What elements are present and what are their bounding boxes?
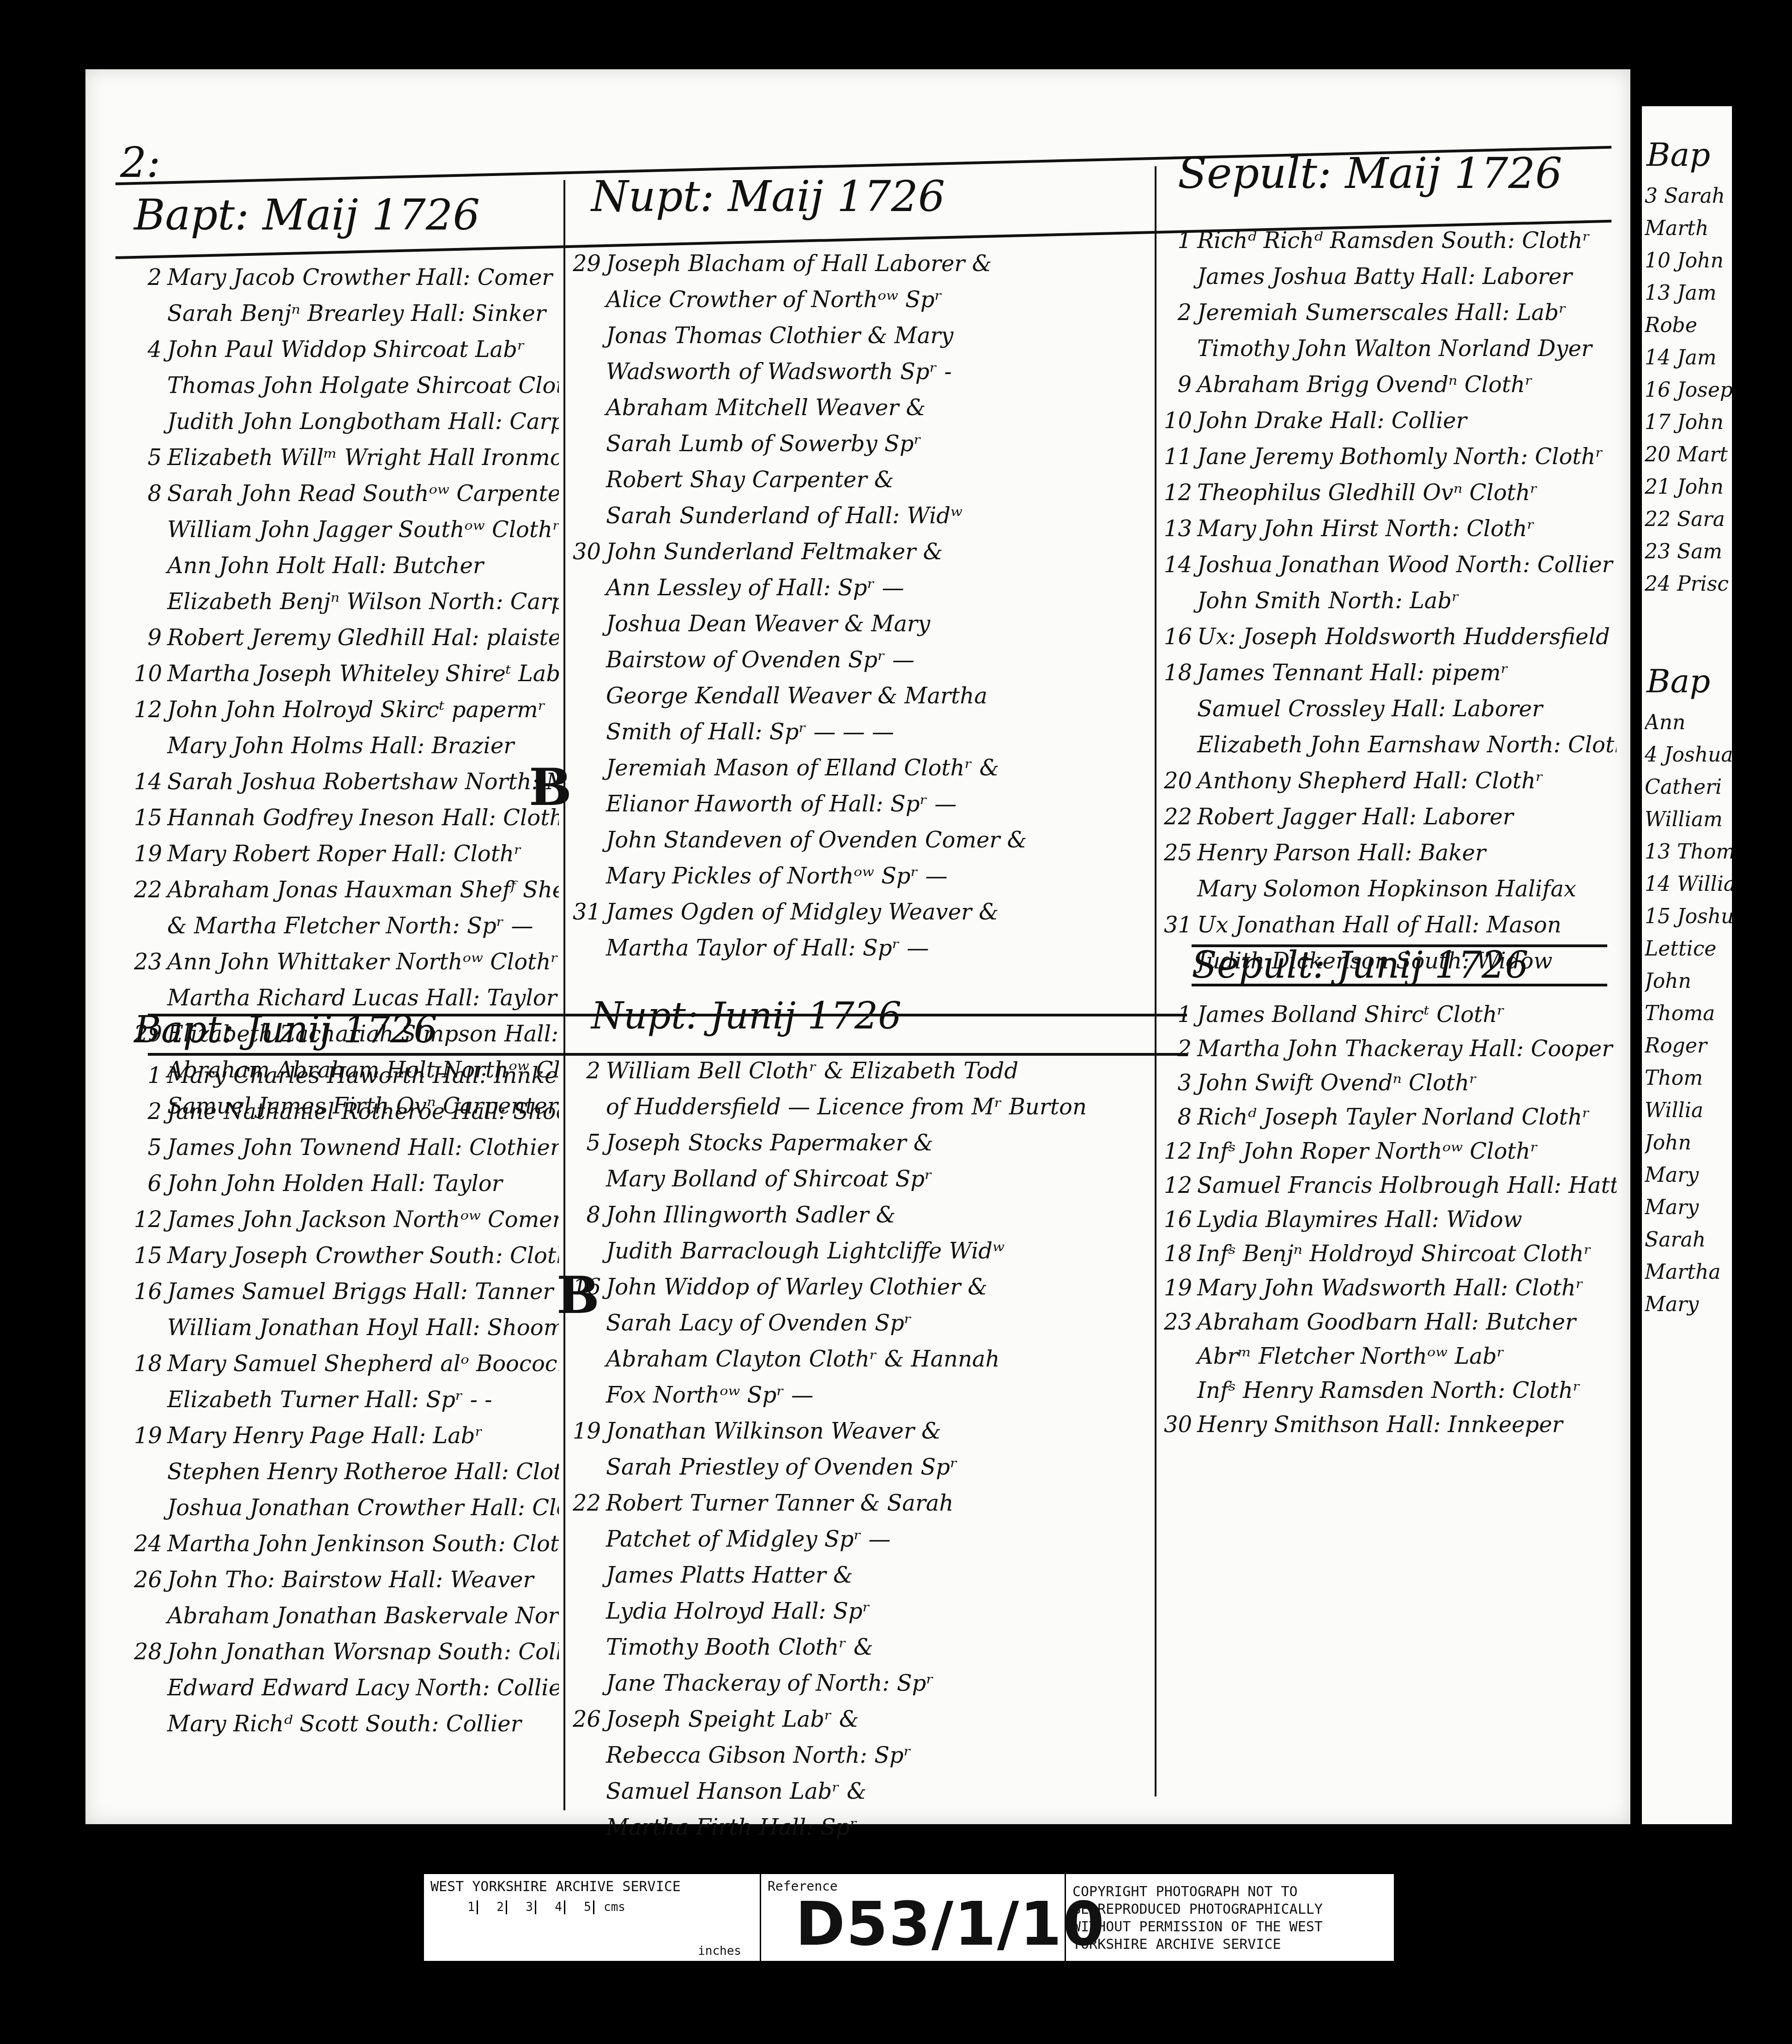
register-entry: 2Martha John Thackeray Hall: Cooper (1164, 1032, 1616, 1066)
register-entry: 16John Widdop of Warley Clothier & (573, 1269, 1145, 1305)
baptisms-may-section: Bapt: Maij 1726 2Mary Jacob Crowther Hal… (134, 194, 559, 1124)
register-entry: John Standeven of Ovenden Comer & (573, 822, 1145, 858)
register-entry: John (1645, 1127, 1732, 1159)
register-entry: 22Abraham Jonas Hauxman Shefᶠ Sheemʳ (134, 872, 559, 908)
copyright-line: BE REPRODUCED PHOTOGRAPHICALLY (1072, 1901, 1387, 1918)
copyright-line: YORKSHIRE ARCHIVE SERVICE (1072, 1936, 1387, 1953)
register-entry: Judith Barraclough Lightcliffe Widʷ (573, 1233, 1145, 1269)
register-entry: Bairstow of Ovenden Spʳ — (573, 642, 1145, 678)
register-entry: 18Infˢ Benjⁿ Holdroyd Shircoat Clothʳ (1164, 1237, 1616, 1271)
register-entry: 22Robert Turner Tanner & Sarah (573, 1485, 1145, 1521)
burials-may-section: Sepult: Maij 1726 1Richᵈ Richᵈ Ramsden S… (1164, 152, 1616, 979)
register-entry: 15Mary Joseph Crowther South: Clothʳ (134, 1238, 559, 1274)
baptisms-june-section: Bapt: Junij 1726 1Mary Charles Haworth H… (134, 1011, 559, 1742)
register-entry: Jane Thackeray of North: Spʳ (573, 1665, 1145, 1701)
adjacent-entries-bottom: Ann 4 Joshua Catheri William 13 Thom 14 … (1642, 707, 1732, 1321)
column-divider-1 (563, 180, 565, 1810)
register-entry: Mary (1645, 1288, 1732, 1321)
register-entry: 16 Josep (1645, 374, 1732, 406)
register-entry: 23Ann John Whittaker Northᵒʷ Clothʳ (134, 944, 559, 980)
register-entry: Joshua Dean Weaver & Mary (573, 606, 1145, 642)
register-entry: Elianor Haworth of Hall: Spʳ — (573, 786, 1145, 822)
register-entry: 3 Sarah (1645, 180, 1732, 212)
register-entry: Wadsworth of Wadsworth Spʳ - (573, 354, 1145, 390)
register-entry: Samuel Crossley Hall: Laborer (1164, 691, 1616, 727)
register-entry: Rebecca Gibson North: Spʳ (573, 1737, 1145, 1773)
register-entry: of Huddersfield — Licence from Mʳ Burton (573, 1089, 1145, 1125)
entry-list: 1Mary Charles Haworth Hall: Innkeeper 2J… (134, 1058, 559, 1742)
register-entry: Mary (1645, 1191, 1732, 1224)
register-entry: Abrᵐ Fletcher Northᵒʷ Labʳ (1164, 1339, 1616, 1373)
register-entry: Ann John Holt Hall: Butcher (134, 548, 559, 584)
register-entry: 19Mary John Wadsworth Hall: Clothʳ (1164, 1271, 1616, 1305)
marriages-june-section: Nupt: Junij 1726 2William Bell Clothʳ & … (573, 998, 1145, 1845)
register-entry: 16James Samuel Briggs Hall: Tanner (134, 1274, 559, 1310)
ruler-tick: 4 (536, 1900, 565, 1914)
entry-list: 2William Bell Clothʳ & Elizabeth Todd of… (573, 1053, 1145, 1845)
entry-list: 1Richᵈ Richᵈ Ramsden South: Clothʳ James… (1164, 223, 1616, 979)
register-entry: George Kendall Weaver & Martha (573, 678, 1145, 714)
register-entry: Infˢ Henry Ramsden North: Clothʳ (1164, 1373, 1616, 1408)
register-entry: William Jonathan Hoyl Hall: Shoomaker (134, 1310, 559, 1346)
register-entry: 23Abraham Goodbarn Hall: Butcher (1164, 1305, 1616, 1339)
register-entry: 26Joseph Speight Labʳ & (573, 1701, 1145, 1737)
register-entry: Robe (1645, 309, 1732, 342)
register-entry: 13Mary John Hirst North: Clothʳ (1164, 511, 1616, 547)
register-entry: Judith John Longbotham Hall: Carpenter (134, 404, 559, 440)
register-entry: 20Anthony Shepherd Hall: Clothʳ (1164, 763, 1616, 799)
register-entry: 17 John (1645, 406, 1732, 439)
register-entry: Fox Northᵒʷ Spʳ — (573, 1377, 1145, 1413)
section-title: Bapt: Junij 1726 (134, 1011, 559, 1048)
register-entry: 29Joseph Blacham of Hall Laborer & (573, 246, 1145, 282)
register-entry: Martha (1645, 1256, 1732, 1288)
register-entry: 14Joshua Jonathan Wood North: Collier (1164, 547, 1616, 583)
register-entry: & Martha Fletcher North: Spʳ — (134, 908, 559, 944)
register-entry: John Smith North: Labʳ (1164, 583, 1616, 619)
register-entry: 12John John Holroyd Skircᵗ papermʳ (134, 692, 559, 728)
copyright-line: WITHOUT PERMISSION OF THE WEST (1072, 1918, 1387, 1936)
register-entry: Catheri (1645, 771, 1732, 804)
register-entry: 8Richᵈ Joseph Tayler Norland Clothʳ (1164, 1100, 1616, 1134)
register-entry: 9Robert Jeremy Gledhill Hal: plaisterer (134, 620, 559, 656)
register-entry: Abraham Mitchell Weaver & (573, 390, 1145, 426)
ruler-tick: 2 (478, 1900, 507, 1914)
register-entry: Timothy John Walton Norland Dyer (1164, 331, 1616, 367)
register-entry: Sarah Priestley of Ovenden Spʳ (573, 1449, 1145, 1485)
register-entry: 22 Sara (1645, 503, 1732, 536)
register-entry: Thom (1645, 1062, 1732, 1095)
register-entry: 25Henry Parson Hall: Baker (1164, 835, 1616, 871)
register-entry: 6John John Holden Hall: Taylor (134, 1166, 559, 1202)
register-entry: 5Elizabeth Willᵐ Wright Hall Ironmongʳ (134, 440, 559, 476)
register-entry: Mary Solomon Hopkinson Halifax (1164, 871, 1616, 907)
register-entry: Sarah Sunderland of Hall: Widʷ (573, 498, 1145, 534)
register-entry: 18Mary Samuel Shepherd alᵒ Boococh Labʳ (134, 1346, 559, 1382)
register-entry: Joshua Jonathan Crowther Hall: Clothʳ (134, 1490, 559, 1526)
register-entry: Stephen Henry Rotheroe Hall: Clothʳ (134, 1454, 559, 1490)
register-entry: 1Mary Charles Haworth Hall: Innkeeper (134, 1058, 559, 1094)
register-entry: William (1645, 804, 1732, 836)
section-title: Sepult: Maij 1726 (1164, 152, 1616, 195)
register-entry: Jeremiah Mason of Elland Clothʳ & (573, 750, 1145, 786)
register-entry: 13 Thom (1645, 836, 1732, 868)
register-entry: Mary Pickles of Northᵒʷ Spʳ — (573, 858, 1145, 894)
copyright-cell: COPYRIGHT PHOTOGRAPH NOT TO BE REPRODUCE… (1066, 1874, 1394, 1961)
register-entry: 5Joseph Stocks Papermaker & (573, 1125, 1145, 1161)
entry-list: 1James Bolland Shircᵗ Clothʳ 2Martha Joh… (1164, 998, 1616, 1442)
register-entry: Martha Taylor of Hall: Spʳ — (573, 930, 1145, 966)
cm-ruler: 1 2 3 4 5 cms (430, 1900, 753, 1914)
page-number: 2: (120, 139, 161, 187)
register-entry: 24 Prisc (1645, 568, 1732, 600)
register-entry: John (1645, 965, 1732, 998)
section-title: Sepult: Junij 1726 (1164, 947, 1616, 984)
register-entry: Patchet of Midgley Spʳ — (573, 1521, 1145, 1557)
register-entry: Robert Shay Carpenter & (573, 462, 1145, 498)
register-entry: 28John Jonathan Worsnap South: Collier (134, 1634, 559, 1670)
register-entry: 31James Ogden of Midgley Weaver & (573, 894, 1145, 930)
reference-cell: Reference D53/1/10 (761, 1874, 1066, 1961)
register-entry: Abraham Jonathan Baskervale North: Colli… (134, 1598, 559, 1634)
reference-code: D53/1/10 (768, 1894, 1058, 1954)
register-entry: Abraham Clayton Clothʳ & Hannah (573, 1341, 1145, 1377)
register-entry: Edward Edward Lacy North: Collier (134, 1670, 559, 1706)
register-entry: 15 Joshu (1645, 901, 1732, 933)
register-entry: Elizabeth John Earnshaw North: Clothʳ (1164, 727, 1616, 763)
adjacent-title-top: Bap (1642, 106, 1732, 180)
register-entry: 14 Jam (1645, 342, 1732, 374)
register-entry: Sarah Benjⁿ Brearley Hall: Sinker (134, 296, 559, 332)
archive-label: WEST YORKSHIRE ARCHIVE SERVICE 1 2 3 4 5… (424, 1874, 1394, 1961)
section-title: Nupt: Maij 1726 (573, 175, 1145, 218)
register-entry: 26John Tho: Bairstow Hall: Weaver (134, 1562, 559, 1598)
register-entry: Sarah Lumb of Sowerby Spʳ (573, 426, 1145, 462)
adjacent-page-strip: Bap 3 Sarah Marth 10 John 13 Jam Robe 14… (1642, 106, 1732, 1824)
register-entry: Elizabeth Turner Hall: Spʳ - - (134, 1382, 559, 1418)
register-entry: 12James John Jackson Northᵒʷ Comer (134, 1202, 559, 1238)
register-entry: 10 John (1645, 245, 1732, 277)
register-entry: 10John Drake Hall: Collier (1164, 403, 1616, 439)
register-entry: Mary Richᵈ Scott South: Collier (134, 1706, 559, 1742)
register-entry: Willia (1645, 1095, 1732, 1127)
register-entry: Smith of Hall: Spʳ — — — (573, 714, 1145, 750)
burials-june-section: Sepult: Junij 1726 1James Bolland Shircᵗ… (1164, 947, 1616, 1442)
register-entry: 11Jane Jeremy Bothomly North: Clothʳ (1164, 439, 1616, 475)
ruler-tick: 5 (565, 1900, 594, 1914)
register-entry: 2William Bell Clothʳ & Elizabeth Todd (573, 1053, 1145, 1089)
register-entry: Lettice (1645, 933, 1732, 965)
register-entry: James Platts Hatter & (573, 1557, 1145, 1593)
column-divider-2 (1155, 166, 1156, 1796)
register-entry: Ann (1645, 707, 1732, 739)
register-entry: Jonas Thomas Clothier & Mary (573, 318, 1145, 354)
unit-inches: inches (698, 1944, 741, 1958)
register-entry: Timothy Booth Clothʳ & (573, 1629, 1145, 1665)
register-entry: 19Mary Robert Roper Hall: Clothʳ (134, 836, 559, 872)
register-entry: 19Mary Henry Page Hall: Labʳ (134, 1418, 559, 1454)
register-entry: Thomas John Holgate Shircoat Clothʳ (134, 368, 559, 404)
register-entry: Thoma (1645, 998, 1732, 1030)
register-entry: 19Jonathan Wilkinson Weaver & (573, 1413, 1145, 1449)
register-entry: 5James John Townend Hall: Clothier (134, 1130, 559, 1166)
register-entry: Elizabeth Benjⁿ Wilson North: Carpenter (134, 584, 559, 620)
adjacent-entries-top: 3 Sarah Marth 10 John 13 Jam Robe 14 Jam… (1642, 180, 1732, 600)
register-entry: Mary John Holms Hall: Brazier (134, 728, 559, 764)
register-entry: 1James Bolland Shircᵗ Clothʳ (1164, 998, 1616, 1032)
ruler-tick: 1 (449, 1900, 478, 1914)
register-entry: 12Infˢ John Roper Northᵒʷ Clothʳ (1164, 1134, 1616, 1168)
register-entry: 2Jane Nathaniel Rotheroe Hall: Shoomʳ (134, 1094, 559, 1130)
register-entry: 20 Mart (1645, 439, 1732, 471)
register-entry: 16Lydia Blaymires Hall: Widow (1164, 1203, 1616, 1237)
register-entry: 10Martha Joseph Whiteley Shireᵗ Labʳ (134, 656, 559, 692)
entry-list: 29Joseph Blacham of Hall Laborer & Alice… (573, 246, 1145, 966)
register-entry: Marth (1645, 212, 1732, 245)
register-entry: 8Sarah John Read Southᵒʷ Carpenter (134, 476, 559, 512)
register-entry: 8John Illingworth Sadler & (573, 1197, 1145, 1233)
register-entry: 1Richᵈ Richᵈ Ramsden South: Clothʳ (1164, 223, 1616, 259)
register-entry: 12Theophilus Gledhill Ovⁿ Clothʳ (1164, 475, 1616, 511)
section-title: Nupt: Junij 1726 (573, 998, 1145, 1034)
register-entry: 14 Willia (1645, 868, 1732, 901)
marriages-may-section: Nupt: Maij 1726 29Joseph Blacham of Hall… (573, 175, 1145, 966)
register-entry: 4John Paul Widdop Shircoat Labʳ (134, 332, 559, 368)
register-entry: 16Ux: Joseph Holdsworth Huddersfield Clo… (1164, 619, 1616, 655)
register-entry: 23 Sam (1645, 536, 1732, 568)
register-entry: Ann Lessley of Hall: Spʳ — (573, 570, 1145, 606)
register-entry: 3John Swift Ovendⁿ Clothʳ (1164, 1066, 1616, 1100)
register-entry: Samuel Hanson Labʳ & (573, 1773, 1145, 1809)
unit-cms: cms (594, 1900, 652, 1914)
register-entry: 24Martha John Jenkinson South: Clothʳ (134, 1526, 559, 1562)
register-entry: 30John Sunderland Feltmaker & (573, 534, 1145, 570)
archive-scale-cell: WEST YORKSHIRE ARCHIVE SERVICE 1 2 3 4 5… (424, 1874, 761, 1961)
register-entry: William John Jagger Southᵒʷ Clothʳ (134, 512, 559, 548)
register-entry: James Joshua Batty Hall: Laborer (1164, 259, 1616, 295)
register-entry: 12Samuel Francis Holbrough Hall: Hatter (1164, 1168, 1616, 1203)
register-entry: 2Jeremiah Sumerscales Hall: Labʳ (1164, 295, 1616, 331)
register-entry: 2Mary Jacob Crowther Hall: Comer (134, 260, 559, 296)
register-entry: 4 Joshua (1645, 739, 1732, 771)
register-entry: Mary Bolland of Shircoat Spʳ (573, 1161, 1145, 1197)
register-entry: Roger (1645, 1030, 1732, 1062)
margin-mark-b: B (529, 757, 572, 817)
register-entry: Martha Firth Hall: Spʳ (573, 1809, 1145, 1845)
register-entry: 21 John (1645, 471, 1732, 503)
section-title: Bapt: Maij 1726 (134, 194, 559, 236)
register-entry: Mary (1645, 1159, 1732, 1191)
register-entry: 31Ux Jonathan Hall of Hall: Mason (1164, 907, 1616, 943)
register-entry: 15Hannah Godfrey Ineson Hall: Clothier (134, 800, 559, 836)
archive-service-name: WEST YORKSHIRE ARCHIVE SERVICE (430, 1879, 753, 1895)
register-entry: 9Abraham Brigg Ovendⁿ Clothʳ (1164, 367, 1616, 403)
register-entry: 14Sarah Joshua Robertshaw North: Mason (134, 764, 559, 800)
register-entry: Sarah Lacy of Ovenden Spʳ (573, 1305, 1145, 1341)
ruler-tick: 3 (507, 1900, 536, 1914)
copyright-line: COPYRIGHT PHOTOGRAPH NOT TO (1072, 1883, 1387, 1901)
register-entry: Sarah (1645, 1224, 1732, 1256)
register-entry: 13 Jam (1645, 277, 1732, 309)
register-entry: 30Henry Smithson Hall: Innkeeper (1164, 1408, 1616, 1442)
entry-list: 2Mary Jacob Crowther Hall: Comer Sarah B… (134, 260, 559, 1124)
register-entry: Lydia Holroyd Hall: Spʳ (573, 1593, 1145, 1629)
register-entry: Alice Crowther of Northᵒʷ Spʳ (573, 282, 1145, 318)
register-entry: 22Robert Jagger Hall: Laborer (1164, 799, 1616, 835)
register-entry: 18James Tennant Hall: pipemʳ (1164, 655, 1616, 691)
adjacent-title-bottom: Bap (1642, 600, 1732, 707)
